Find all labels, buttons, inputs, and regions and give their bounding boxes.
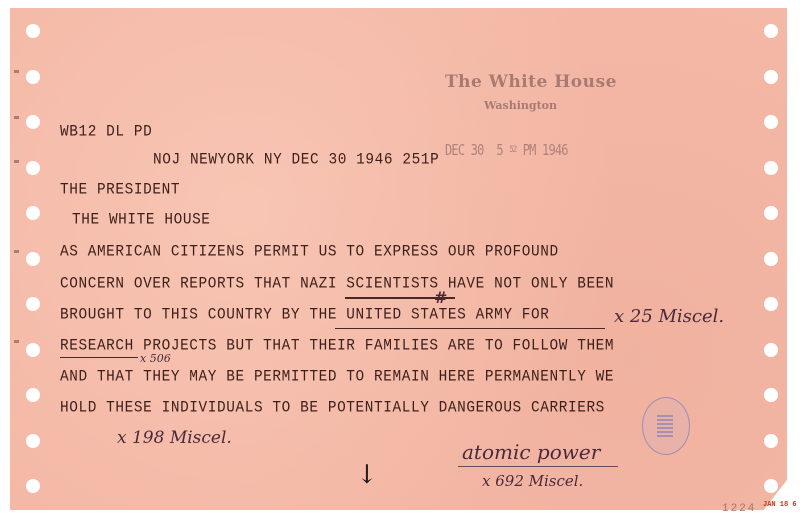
annotation-x25-miscel: x 25 Miscel. [614, 306, 724, 327]
body-line: HOLD THESE INDIVIDUALS TO BE POTENTIALLY… [60, 399, 605, 417]
sprocket-hole [26, 343, 40, 357]
annotation-atomic-power: atomic power [462, 440, 600, 464]
sprocket-hole [26, 297, 40, 311]
sprocket-hole [26, 206, 40, 220]
origin-line: NOJ NEWYORK NY DEC 30 1946 251P [153, 151, 439, 169]
archive-code: JAN 18 6 [763, 501, 797, 509]
annotation-x198-miscel: x 198 Miscel. [117, 428, 232, 448]
sprocket-hole [26, 252, 40, 266]
sprocket-hole [26, 388, 40, 402]
body-line: BROUGHT TO THIS COUNTRY BY THE UNITED ST… [60, 306, 550, 324]
body-line: AS AMERICAN CITIZENS PERMIT US TO EXPRES… [60, 243, 559, 261]
sprocket-hole [26, 70, 40, 84]
received-seal-stamp [642, 397, 690, 455]
annotation-x506: x 506 [140, 352, 171, 365]
margin-tick [14, 160, 19, 163]
annotation-x692-miscel: x 692 Miscel. [482, 472, 583, 490]
underline-research [60, 357, 138, 358]
margin-tick [14, 116, 19, 119]
margin-tick [14, 70, 19, 73]
sprocket-hole [26, 479, 40, 493]
sprocket-hole [26, 24, 40, 38]
underline-united-states-army [335, 328, 605, 329]
stamp-hour: 5 [496, 141, 502, 159]
arrow-down-icon: ↓ [356, 460, 378, 490]
body-line: AND THAT THEY MAY BE PERMITTED TO REMAIN… [60, 368, 614, 386]
sprocket-hole [764, 70, 778, 84]
stamp-ampm: PM [523, 141, 536, 159]
stamp-year: 1946 [542, 141, 568, 159]
margin-tick [14, 250, 19, 253]
sprocket-hole [764, 388, 778, 402]
sprocket-hole [764, 297, 778, 311]
seal-text-marks [657, 415, 673, 437]
received-date-stamp: DEC 30 5 52 PM 1946 [445, 141, 568, 159]
sprocket-hole [764, 343, 778, 357]
stamp-month-day: DEC 30 [445, 141, 484, 159]
sprocket-hole [764, 479, 778, 493]
underline-atomic-power [458, 466, 618, 467]
page-number: 1224 [722, 503, 756, 515]
stamp-minute: 52 [509, 145, 516, 155]
sprocket-hole [764, 115, 778, 129]
sprocket-hole [764, 434, 778, 448]
address-line: THE WHITE HOUSE [72, 211, 211, 229]
routing-line: WB12 DL PD [60, 123, 152, 141]
white-house-stamp-title: The White House [445, 72, 617, 92]
body-line: CONCERN OVER REPORTS THAT NAZI SCIENTIST… [60, 275, 614, 293]
sprocket-hole [764, 252, 778, 266]
sprocket-hole [26, 115, 40, 129]
sprocket-hole [764, 206, 778, 220]
sprocket-hole [26, 434, 40, 448]
hash-mark: # [434, 288, 447, 307]
sprocket-hole [26, 161, 40, 175]
margin-tick [14, 340, 19, 343]
sprocket-hole [764, 161, 778, 175]
white-house-stamp-subtitle: Washington [484, 99, 557, 112]
sprocket-hole [764, 24, 778, 38]
addressee-line: THE PRESIDENT [60, 181, 180, 199]
